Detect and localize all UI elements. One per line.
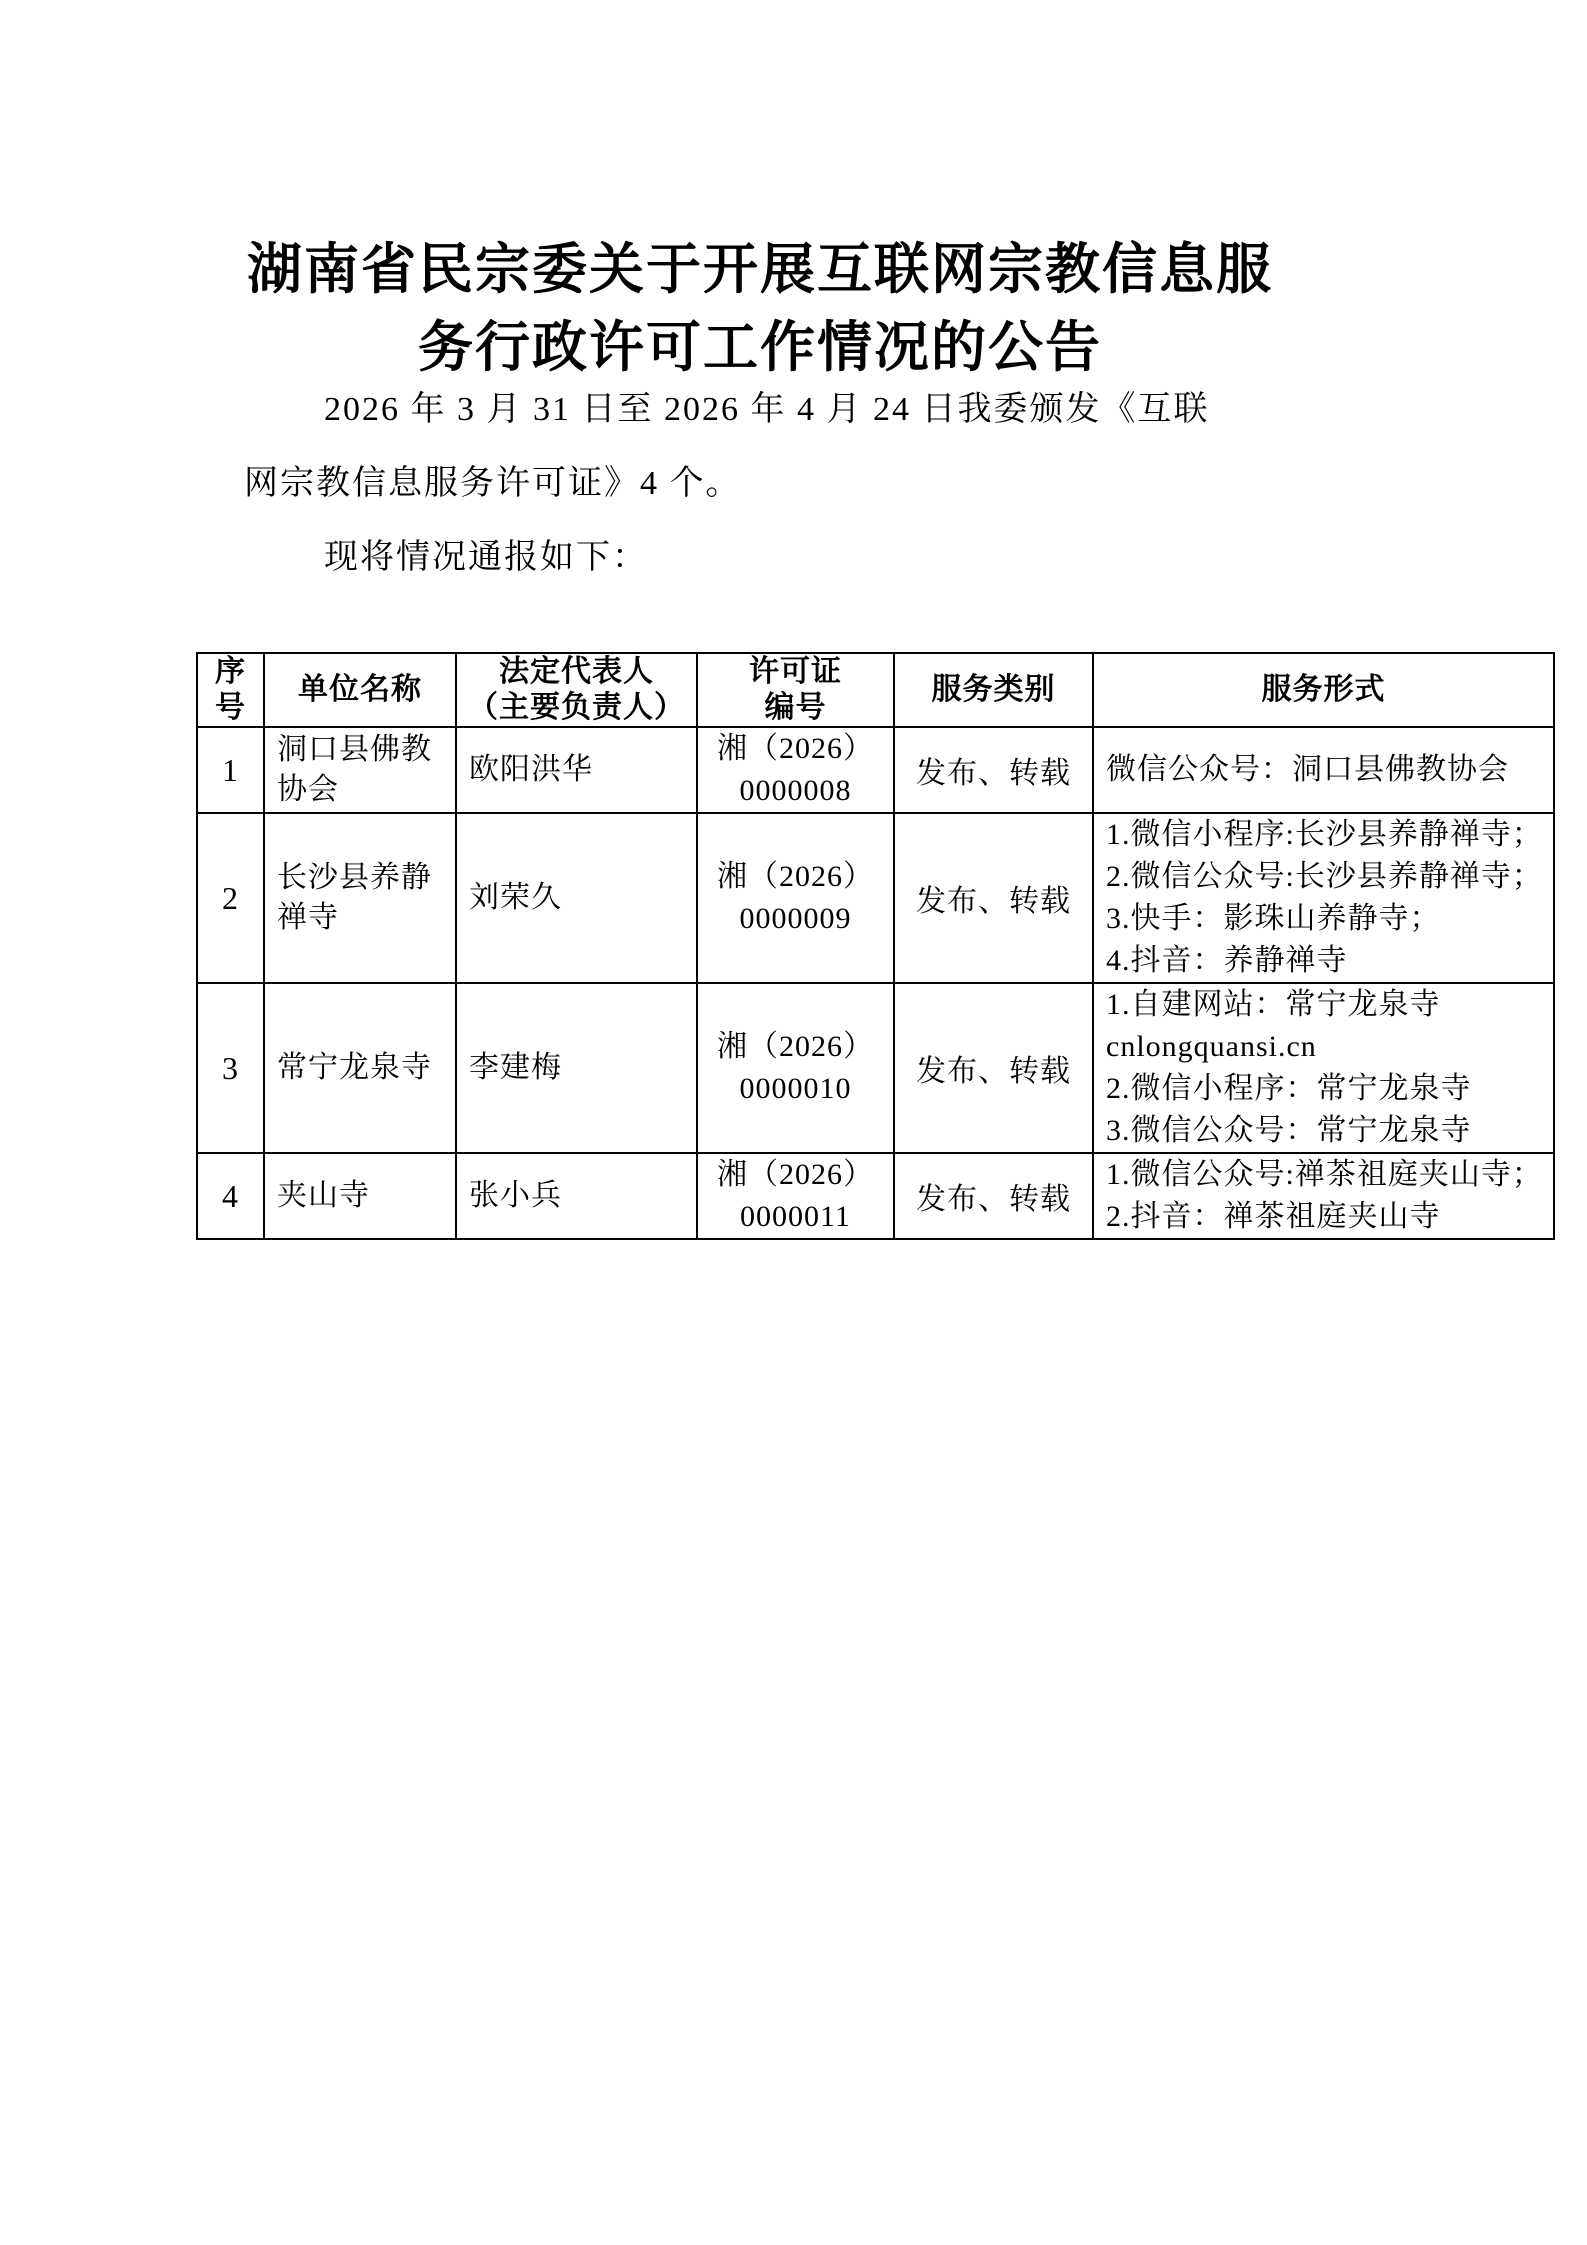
table-header-row: 序 号 单位名称 法定代表人 （主要负责人） 许可证 编号 服务类别 服务形式 xyxy=(197,653,1554,727)
header-seq-line-2: 号 xyxy=(198,690,263,726)
paragraph-2: 现将情况通报如下： xyxy=(244,521,1444,595)
service-line: 2.微信小程序：常宁龙泉寺 xyxy=(1106,1068,1553,1110)
header-unit-name: 单位名称 xyxy=(264,653,456,727)
document-page: 湖南省民宗委关于开展互联网宗教信息服 务行政许可工作情况的公告 2026 年 3… xyxy=(0,0,1587,2245)
row-2-unit-text: 长沙县养静禅寺 xyxy=(277,858,449,938)
row-1-service-form: 微信公众号：洞口县佛教协会 xyxy=(1093,727,1554,813)
row-3-service-form: 1.自建网站：常宁龙泉寺 cnlongquansi.cn 2.微信小程序：常宁龙… xyxy=(1093,983,1554,1153)
table-row-1: 1 洞口县佛教协会 欧阳洪华 湘（2026） 0000008 发布、转载 微信公… xyxy=(197,727,1554,813)
header-license-number: 许可证 编号 xyxy=(697,653,894,727)
row-3-seq: 3 xyxy=(197,983,264,1153)
header-representative: 法定代表人 （主要负责人） xyxy=(456,653,697,727)
service-line: 微信公众号：洞口县佛教协会 xyxy=(1106,749,1553,791)
row-4-service-form: 1.微信公众号:禅茶祖庭夹山寺； 2.抖音：禅茶祖庭夹山寺 xyxy=(1093,1153,1554,1239)
row-2-seq: 2 xyxy=(197,813,264,983)
row-3-license-line-1: 湘（2026） xyxy=(698,1026,893,1068)
row-2-representative: 刘荣久 xyxy=(456,813,697,983)
header-license-line-1: 许可证 xyxy=(698,654,893,690)
header-service-category: 服务类别 xyxy=(894,653,1093,727)
row-1-representative: 欧阳洪华 xyxy=(456,727,697,813)
header-representative-line-2: （主要负责人） xyxy=(457,690,696,726)
license-table: 序 号 单位名称 法定代表人 （主要负责人） 许可证 编号 服务类别 服务形式 … xyxy=(196,652,1555,1240)
row-4-unit-text: 夹山寺 xyxy=(277,1176,449,1216)
row-2-service-category: 发布、转载 xyxy=(894,813,1093,983)
service-line: 2.抖音：禅茶祖庭夹山寺 xyxy=(1106,1196,1553,1238)
table-row-2: 2 长沙县养静禅寺 刘荣久 湘（2026） 0000009 发布、转载 1.微信… xyxy=(197,813,1554,983)
row-4-license-line-2: 0000011 xyxy=(698,1196,893,1238)
intro-paragraphs: 2026 年 3 月 31 日至 2026 年 4 月 24 日我委颁发《互联 … xyxy=(244,373,1444,595)
row-1-license-number: 湘（2026） 0000008 xyxy=(697,727,894,813)
row-1-license-line-2: 0000008 xyxy=(698,770,893,812)
service-line: 1.微信小程序:长沙县养静禅寺； xyxy=(1106,814,1553,856)
paragraph-1-line-2: 网宗教信息服务许可证》4 个。 xyxy=(244,447,1444,521)
row-4-license-number: 湘（2026） 0000011 xyxy=(697,1153,894,1239)
row-3-representative: 李建梅 xyxy=(456,983,697,1153)
row-2-unit-name: 长沙县养静禅寺 xyxy=(264,813,456,983)
row-2-license-line-2: 0000009 xyxy=(698,898,893,940)
header-representative-line-1: 法定代表人 xyxy=(457,654,696,690)
service-line: 3.微信公众号：常宁龙泉寺 xyxy=(1106,1110,1553,1152)
row-1-unit-text: 洞口县佛教协会 xyxy=(277,730,449,810)
row-3-service-category: 发布、转载 xyxy=(894,983,1093,1153)
row-3-license-line-2: 0000010 xyxy=(698,1068,893,1110)
title-line-1: 湖南省民宗委关于开展互联网宗教信息服 xyxy=(150,231,1370,309)
row-4-seq: 4 xyxy=(197,1153,264,1239)
row-3-unit-text: 常宁龙泉寺 xyxy=(277,1048,449,1088)
row-4-service-category: 发布、转载 xyxy=(894,1153,1093,1239)
service-line: 1.自建网站：常宁龙泉寺 xyxy=(1106,984,1553,1026)
header-seq: 序 号 xyxy=(197,653,264,727)
row-1-unit-name: 洞口县佛教协会 xyxy=(264,727,456,813)
row-1-license-line-1: 湘（2026） xyxy=(698,728,893,770)
row-4-representative: 张小兵 xyxy=(456,1153,697,1239)
row-4-unit-name: 夹山寺 xyxy=(264,1153,456,1239)
row-1-seq: 1 xyxy=(197,727,264,813)
table-row-4: 4 夹山寺 张小兵 湘（2026） 0000011 发布、转载 1.微信公众号:… xyxy=(197,1153,1554,1239)
row-2-license-line-1: 湘（2026） xyxy=(698,856,893,898)
service-line: 3.快手：影珠山养静寺； xyxy=(1106,898,1553,940)
document-title: 湖南省民宗委关于开展互联网宗教信息服 务行政许可工作情况的公告 xyxy=(150,231,1370,387)
service-line: cnlongquansi.cn xyxy=(1106,1026,1553,1068)
row-2-service-form: 1.微信小程序:长沙县养静禅寺； 2.微信公众号:长沙县养静禅寺； 3.快手：影… xyxy=(1093,813,1554,983)
table-row-3: 3 常宁龙泉寺 李建梅 湘（2026） 0000010 发布、转载 1.自建网站… xyxy=(197,983,1554,1153)
header-service-form: 服务形式 xyxy=(1093,653,1554,727)
row-1-service-category: 发布、转载 xyxy=(894,727,1093,813)
service-line: 4.抖音：养静禅寺 xyxy=(1106,940,1553,982)
row-3-license-number: 湘（2026） 0000010 xyxy=(697,983,894,1153)
header-license-line-2: 编号 xyxy=(698,690,893,726)
service-line: 1.微信公众号:禅茶祖庭夹山寺； xyxy=(1106,1154,1553,1196)
row-4-license-line-1: 湘（2026） xyxy=(698,1154,893,1196)
header-seq-line-1: 序 xyxy=(198,654,263,690)
row-2-license-number: 湘（2026） 0000009 xyxy=(697,813,894,983)
service-line: 2.微信公众号:长沙县养静禅寺； xyxy=(1106,856,1553,898)
paragraph-1-line-1: 2026 年 3 月 31 日至 2026 年 4 月 24 日我委颁发《互联 xyxy=(244,373,1444,447)
row-3-unit-name: 常宁龙泉寺 xyxy=(264,983,456,1153)
